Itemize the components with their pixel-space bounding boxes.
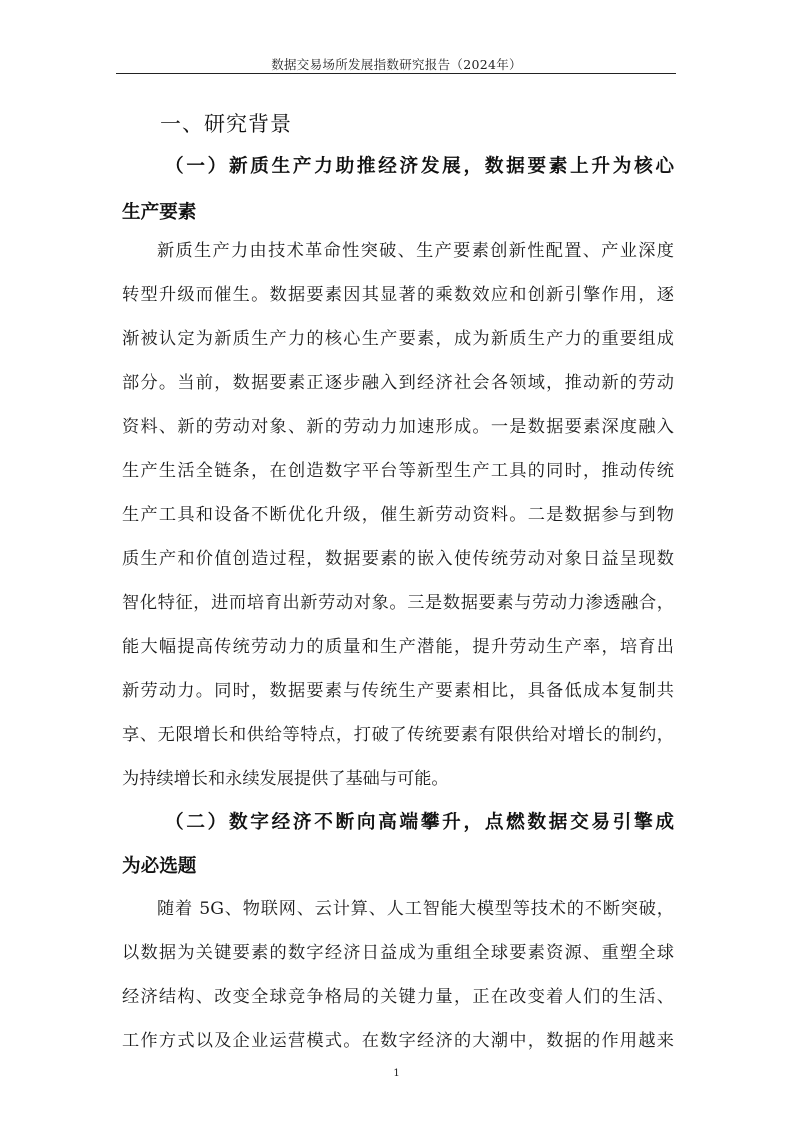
paragraph-line: 能大幅提高传统劳动力的质量和生产潜能，提升劳动生产率，培育出 [122,636,674,658]
paragraph-line: 质生产和价值创造过程，数据要素的嵌入使传统劳动对象日益呈现数 [122,548,674,570]
subsection-heading-1-line-1: （一）新质生产力助推经济发展，数据要素上升为核心 [165,152,674,178]
paragraph-line: 资料、新的劳动对象、新的劳动力加速形成。一是数据要素深度融入 [122,416,674,438]
page-number: 1 [0,1068,793,1079]
paragraph-line: 生产工具和设备不断优化升级，催生新劳动资料。二是数据参与到物 [122,504,674,526]
header-divider [116,73,676,74]
paragraph-line: 经济结构、改变全球竞争格局的关键力量，正在改变着人们的生活、 [122,986,674,1008]
section-heading: 一、研究背景 [160,108,292,138]
paragraph-line: 转型升级而催生。数据要素因其显著的乘数效应和创新引擎作用，逐 [122,284,674,306]
running-header: 数据交易场所发展指数研究报告（2024年） [0,55,793,73]
paragraph-line: 智化特征，进而培育出新劳动对象。三是数据要素与劳动力渗透融合， [122,592,674,614]
paragraph-line: 为持续增长和永续发展提供了基础与可能。 [122,768,674,790]
subsection-heading-2-line-1: （二）数字经济不断向高端攀升，点燃数据交易引擎成 [165,808,674,834]
paragraph-line: 渐被认定为新质生产力的核心生产要素，成为新质生产力的重要组成 [122,328,674,350]
paragraph-line: 随着 5G、物联网、云计算、人工智能大模型等技术的不断突破， [157,898,674,920]
paragraph-line: 部分。当前，数据要素正逐步融入到经济社会各领域，推动新的劳动 [122,372,674,394]
subsection-heading-1-line-2: 生产要素 [122,198,196,224]
paragraph-line: 新劳动力。同时，数据要素与传统生产要素相比，具备低成本复制共 [122,680,674,702]
paragraph-line: 工作方式以及企业运营模式。在数字经济的大潮中，数据的作用越来 [122,1030,674,1052]
paragraph-line: 以数据为关键要素的数字经济日益成为重组全球要素资源、重塑全球 [122,942,674,964]
subsection-heading-2-line-2: 为必选题 [122,852,196,878]
paragraph-line: 生产生活全链条，在创造数字平台等新型生产工具的同时，推动传统 [122,460,674,482]
paragraph-line: 享、无限增长和供给等特点，打破了传统要素有限供给对增长的制约， [122,724,674,746]
paragraph-line: 新质生产力由技术革命性突破、生产要素创新性配置、产业深度 [157,240,674,262]
